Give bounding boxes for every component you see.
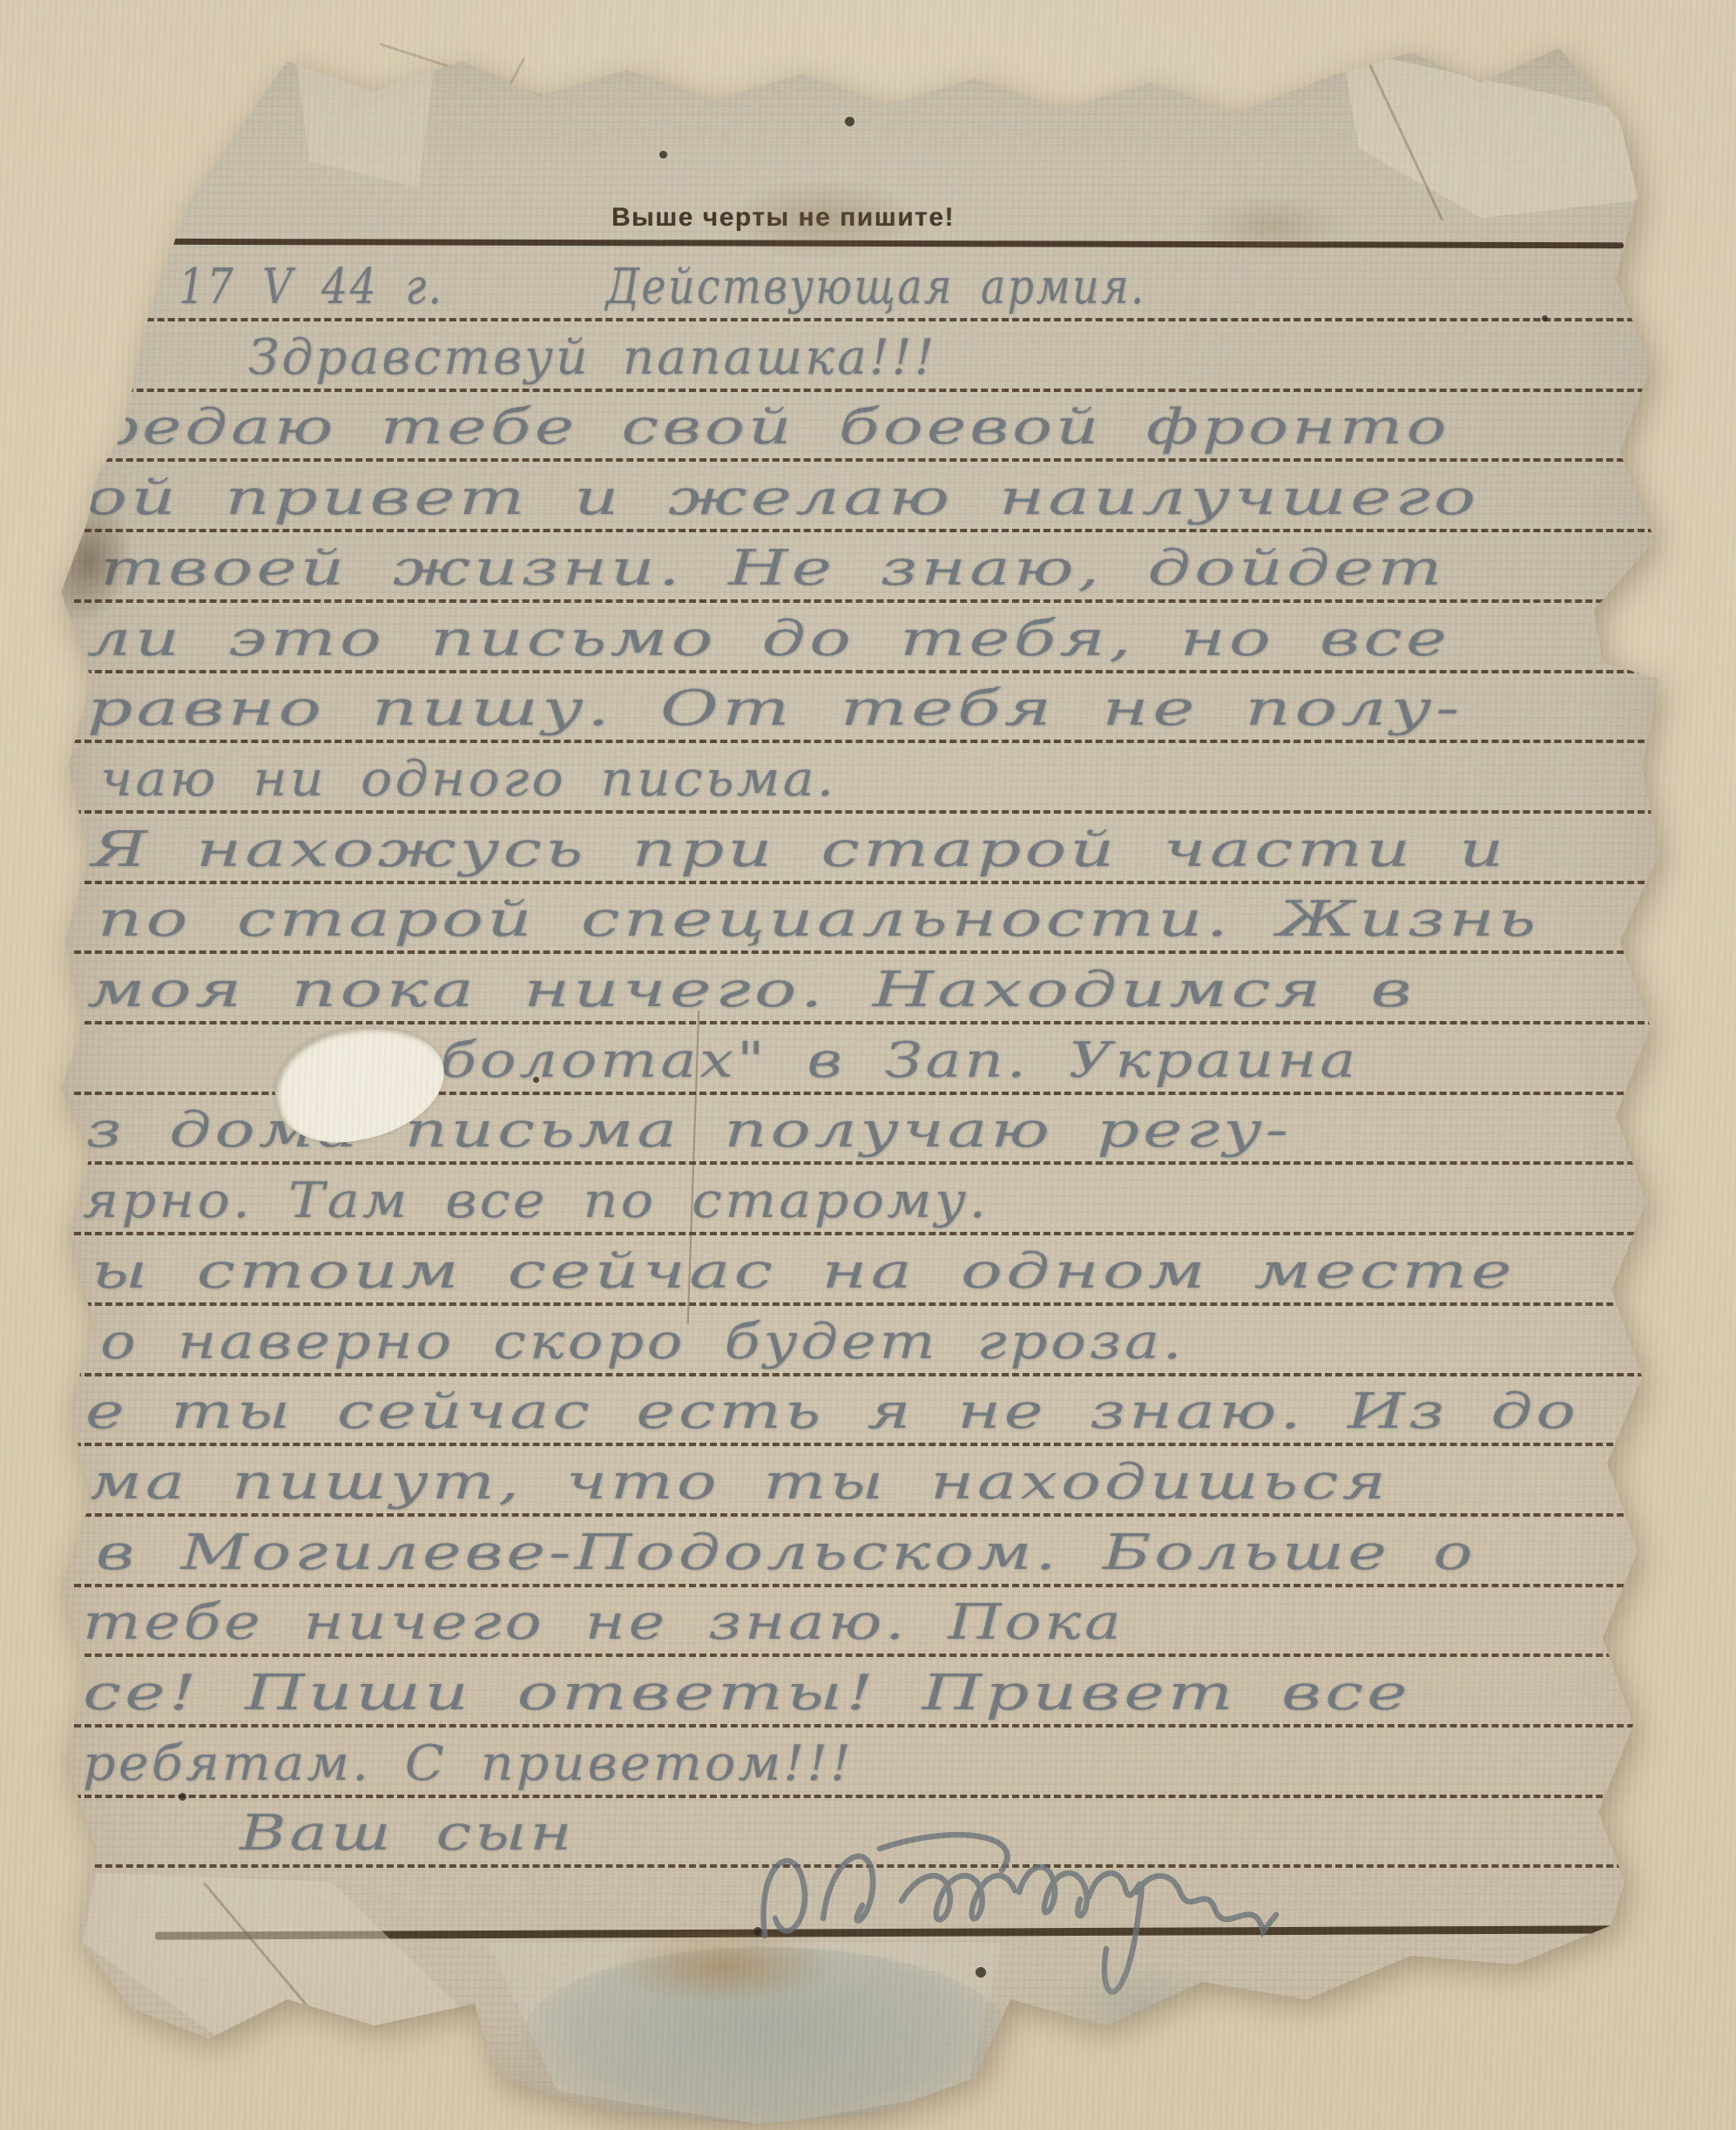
torn-flap xyxy=(83,1869,483,2047)
handwritten-line: твоей жизни. Не знаю, дойдет xyxy=(100,537,1446,601)
handwritten-line: редаю тебе свой боевой фронто xyxy=(96,396,1450,460)
letter-closing: Ваш сын xyxy=(240,1802,575,1866)
handwritten-line: ли это письмо до тебя, но все xyxy=(87,607,1450,672)
top-smudge xyxy=(1193,193,1350,259)
handwritten-line: в Могилеве-Подольском. Больше о xyxy=(96,1521,1476,1586)
signature-flourish xyxy=(740,1788,1298,2005)
handwritten-line: ы стоим сейчас на одном месте xyxy=(91,1240,1516,1304)
printed-top-rule xyxy=(150,239,1624,248)
handwritten-line: ярно. Там все по старому. xyxy=(83,1169,989,1234)
handwritten-line: Я нахожусь при старой части и xyxy=(91,818,1507,882)
handwritten-line: моя пока ничего. Находимся в xyxy=(87,958,1415,1023)
handwritten-line: Здравствуй папашка!!! xyxy=(248,326,936,390)
handwritten-line: равно пишу. От тебя не полу- xyxy=(87,677,1463,741)
scanned-letter-page: Выше черты не пишите! 17 V 44 г. Действу… xyxy=(0,0,1736,2130)
crease-line xyxy=(1368,62,1443,221)
speck xyxy=(1262,77,1271,85)
torn-flap xyxy=(1333,44,1646,227)
handwritten-line: ой привет и желаю наилучшего xyxy=(85,466,1479,531)
letter-paper: Выше черты не пишите! 17 V 44 г. Действу… xyxy=(0,0,1736,2130)
handwritten-line: болотах" в Зап. Украина xyxy=(440,1029,1359,1093)
speck xyxy=(845,117,854,126)
handwritten-line: ма пишут, что ты находишься xyxy=(87,1450,1389,1515)
handwritten-line: о наверно скоро будет гроза. xyxy=(100,1310,1185,1375)
torn-flap xyxy=(292,57,440,192)
handwritten-line: по старой специальности. Жизнь xyxy=(98,888,1539,952)
handwritten-line: тебе ничего не знаю. Пока xyxy=(83,1591,1124,1655)
handwritten-line: з дома письма получаю регу- xyxy=(85,1099,1292,1163)
handwritten-line: чаю ни одного письма. xyxy=(100,747,836,812)
letter-sheet: Выше черты не пишите! 17 V 44 г. Действу… xyxy=(0,0,1736,2130)
speck xyxy=(659,151,667,159)
letter-date-line: 17 V 44 г. Действующая армия. xyxy=(179,255,1146,320)
handwritten-line: е ты сейчас есть я не знаю. Из до xyxy=(85,1380,1579,1444)
crease-line xyxy=(203,1882,331,2033)
handwritten-line: ребятам. С приветом!!! xyxy=(83,1732,854,1796)
speck xyxy=(865,5,878,18)
printed-warning: Выше черты не пишите! xyxy=(611,203,955,233)
handwritten-line: се! Пиши ответы! Привет все xyxy=(83,1661,1411,1726)
